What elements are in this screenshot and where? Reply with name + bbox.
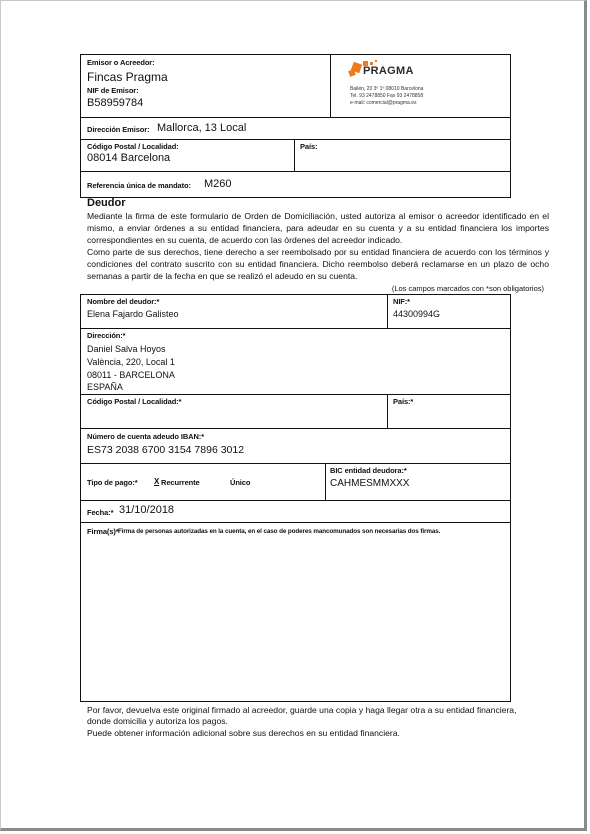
document-page: Emisor o Acreedor: Fincas Pragma NIF de … bbox=[0, 0, 587, 831]
divider bbox=[387, 394, 388, 428]
signature-label: Firma(s)* bbox=[87, 527, 119, 536]
pragma-logo: PRAGMA Bailén, 20 3º 1º 08010 Barcelona … bbox=[346, 57, 466, 109]
signature-area[interactable] bbox=[81, 539, 510, 701]
debtor-name: Elena Fajardo Galisteo bbox=[87, 309, 179, 319]
footer-line-1: Por favor, devuelva este original firmad… bbox=[87, 705, 557, 717]
creditor-postal-label: Código Postal / Localidad: bbox=[87, 142, 179, 151]
divider bbox=[80, 171, 511, 172]
divider bbox=[325, 463, 326, 500]
signature-note: Firma de personas autorizadas en la cuen… bbox=[118, 528, 440, 535]
logo-brand: PRAGMA bbox=[363, 65, 414, 77]
required-note: (Los campos marcados con *son obligatori… bbox=[392, 284, 544, 293]
date-value: 31/10/2018 bbox=[119, 504, 174, 516]
divider bbox=[80, 328, 511, 329]
divider bbox=[80, 428, 511, 429]
divider bbox=[80, 139, 511, 140]
debtor-nif-label: NIF:* bbox=[393, 297, 410, 306]
divider bbox=[330, 54, 331, 117]
creditor-name: Fincas Pragma bbox=[87, 70, 168, 84]
iban-value: ES73 2038 6700 3154 7896 3012 bbox=[87, 444, 244, 456]
creditor-nif-label: NIF de Emisor: bbox=[87, 86, 139, 95]
logo-email: e-mail: comercial@pragma.es bbox=[350, 100, 416, 106]
footer-line-3: Puede obtener información adicional sobr… bbox=[87, 728, 557, 740]
logo-address: Bailén, 20 3º 1º 08010 Barcelona bbox=[350, 86, 423, 92]
creditor-address-label: Dirección Emisor: bbox=[87, 125, 150, 134]
divider bbox=[80, 463, 511, 464]
payment-single-option: Único bbox=[230, 478, 250, 487]
debtor-address-line: Daniel Salva Hoyos bbox=[87, 344, 166, 354]
debtor-paragraph-1: Mediante la firma de este formulario de … bbox=[87, 211, 549, 246]
divider bbox=[80, 394, 511, 395]
divider bbox=[80, 117, 511, 118]
divider bbox=[294, 139, 295, 171]
debtor-address-label: Dirección:* bbox=[87, 331, 126, 340]
debtor-paragraph-2: Como parte de sus derechos, tiene derech… bbox=[87, 247, 549, 282]
creditor-country-label: País: bbox=[300, 142, 317, 151]
footer-line-2: donde domicilia y autoriza los pagos. bbox=[87, 716, 557, 728]
debtor-section-title: Deudor bbox=[87, 197, 126, 209]
creditor-nif: B58959784 bbox=[87, 97, 143, 109]
debtor-name-label: Nombre del deudor:* bbox=[87, 297, 159, 306]
divider bbox=[80, 522, 511, 523]
date-label: Fecha:* bbox=[87, 508, 113, 517]
debtor-address-line: València, 220, Local 1 bbox=[87, 357, 175, 367]
debtor-nif: 44300994G bbox=[393, 309, 440, 319]
iban-label: Número de cuenta adeudo IBAN:* bbox=[87, 432, 204, 441]
debtor-postal-label: Código Postal / Localidad:* bbox=[87, 397, 181, 406]
logo-phone: Tel. 93 2478850 Fax 93 2478858 bbox=[350, 93, 423, 99]
debtor-address-line: ESPAÑA bbox=[87, 382, 123, 392]
mandate-label: Referencia única de mandato: bbox=[87, 181, 191, 190]
mandate-reference: M260 bbox=[204, 178, 232, 190]
bic-label: BIC entidad deudora:* bbox=[330, 466, 407, 475]
creditor-name-label: Emisor o Acreedor: bbox=[87, 58, 155, 67]
divider bbox=[80, 500, 511, 501]
bic-value: CAHMESMMXXX bbox=[330, 478, 409, 489]
divider bbox=[387, 294, 388, 328]
debtor-address-line: 08011 - BARCELONA bbox=[87, 370, 175, 380]
creditor-address: Mallorca, 13 Local bbox=[157, 122, 246, 134]
payment-recurrent-mark: X bbox=[154, 477, 159, 486]
payment-recurrent-option: Recurrente bbox=[161, 478, 200, 487]
debtor-country-label: País:* bbox=[393, 397, 413, 406]
creditor-postal: 08014 Barcelona bbox=[87, 152, 170, 164]
payment-type-label: Tipo de pago:* bbox=[87, 478, 138, 487]
